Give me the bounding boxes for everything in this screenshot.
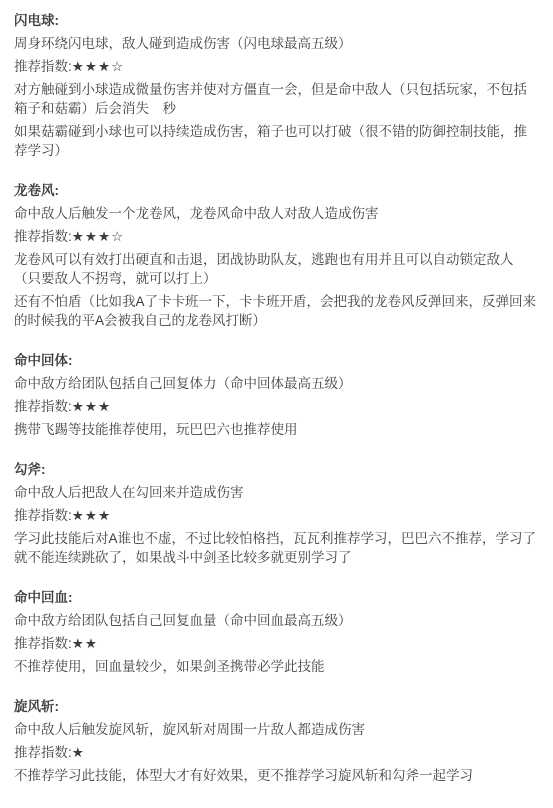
rating-stars: ★★★ — [72, 508, 111, 523]
rating-label: 推荐指数: — [14, 229, 72, 244]
rating-stars: ★★★☆ — [72, 229, 124, 244]
rating-line: 推荐指数:★ — [14, 743, 540, 762]
rating-label: 推荐指数: — [14, 399, 72, 414]
rating-stars: ★ — [72, 745, 85, 760]
skill-desc: 命中敌人后触发一个龙卷风，龙卷风命中敌人对敌人造成伤害 — [14, 204, 540, 223]
skill-desc: 命中敌人后把敌人在勾回来并造成伤害 — [14, 483, 540, 502]
skill-title: 闪电球: — [14, 11, 540, 30]
skill-guide-document: 闪电球: 周身环绕闪电球，敌人碰到造成伤害（闪电球最高五级） 推荐指数:★★★☆… — [14, 11, 540, 785]
skill-note: 对方触碰到小球造成微量伤害并使对方僵直一会，但是命中敌人（只包括玩家，不包括箱子… — [14, 80, 540, 118]
rating-label: 推荐指数: — [14, 508, 72, 523]
rating-line: 推荐指数:★★★☆ — [14, 57, 540, 76]
skill-note: 还有不怕盾（比如我A了卡卡班一下，卡卡班开盾，会把我的龙卷风反弹回来，反弹回来的… — [14, 292, 540, 330]
skill-section: 命中回血: 命中敌方给团队包括自己回复血量（命中回血最高五级） 推荐指数:★★ … — [14, 588, 540, 676]
rating-stars: ★★ — [72, 636, 98, 651]
rating-line: 推荐指数:★★★ — [14, 397, 540, 416]
rating-label: 推荐指数: — [14, 636, 72, 651]
skill-section: 旋风斩: 命中敌人后触发旋风斩，旋风斩对周围一片敌人都造成伤害 推荐指数:★ 不… — [14, 697, 540, 785]
skill-section: 命中回体: 命中敌方给团队包括自己回复体力（命中回体最高五级） 推荐指数:★★★… — [14, 351, 540, 439]
skill-section: 勾斧: 命中敌人后把敌人在勾回来并造成伤害 推荐指数:★★★ 学习此技能后对A谁… — [14, 460, 540, 567]
skill-note: 携带飞踢等技能推荐使用，玩巴巴六也推荐使用 — [14, 420, 540, 439]
skill-desc: 命中敌人后触发旋风斩，旋风斩对周围一片敌人都造成伤害 — [14, 720, 540, 739]
skill-title: 命中回血: — [14, 588, 540, 607]
rating-line: 推荐指数:★★★ — [14, 506, 540, 525]
skill-note: 如果菇霸碰到小球也可以持续造成伤害，箱子也可以打破（很不错的防御控制技能，推荐学… — [14, 122, 540, 160]
skill-section: 龙卷风: 命中敌人后触发一个龙卷风，龙卷风命中敌人对敌人造成伤害 推荐指数:★★… — [14, 181, 540, 330]
rating-line: 推荐指数:★★★☆ — [14, 227, 540, 246]
skill-desc: 命中敌方给团队包括自己回复体力（命中回体最高五级） — [14, 374, 540, 393]
skill-note: 不推荐学习此技能，体型大才有好效果，更不推荐学习旋风斩和勾斧一起学习 — [14, 766, 540, 785]
rating-label: 推荐指数: — [14, 745, 72, 760]
rating-stars: ★★★☆ — [72, 59, 124, 74]
skill-title: 龙卷风: — [14, 181, 540, 200]
rating-stars: ★★★ — [72, 399, 111, 414]
rating-line: 推荐指数:★★ — [14, 634, 540, 653]
skill-title: 勾斧: — [14, 460, 540, 479]
skill-desc: 命中敌方给团队包括自己回复血量（命中回血最高五级） — [14, 611, 540, 630]
skill-note: 学习此技能后对A谁也不虚，不过比较怕格挡，瓦瓦利推荐学习，巴巴六不推荐，学习了就… — [14, 529, 540, 567]
skill-note: 龙卷风可以有效打出硬直和击退，团战协助队友，逃跑也有用并且可以自动锁定敌人（只要… — [14, 250, 540, 288]
skill-title: 旋风斩: — [14, 697, 540, 716]
skill-section: 闪电球: 周身环绕闪电球，敌人碰到造成伤害（闪电球最高五级） 推荐指数:★★★☆… — [14, 11, 540, 160]
skill-desc: 周身环绕闪电球，敌人碰到造成伤害（闪电球最高五级） — [14, 34, 540, 53]
skill-note: 不推荐使用，回血量较少，如果剑圣携带必学此技能 — [14, 657, 540, 676]
rating-label: 推荐指数: — [14, 59, 72, 74]
skill-title: 命中回体: — [14, 351, 540, 370]
